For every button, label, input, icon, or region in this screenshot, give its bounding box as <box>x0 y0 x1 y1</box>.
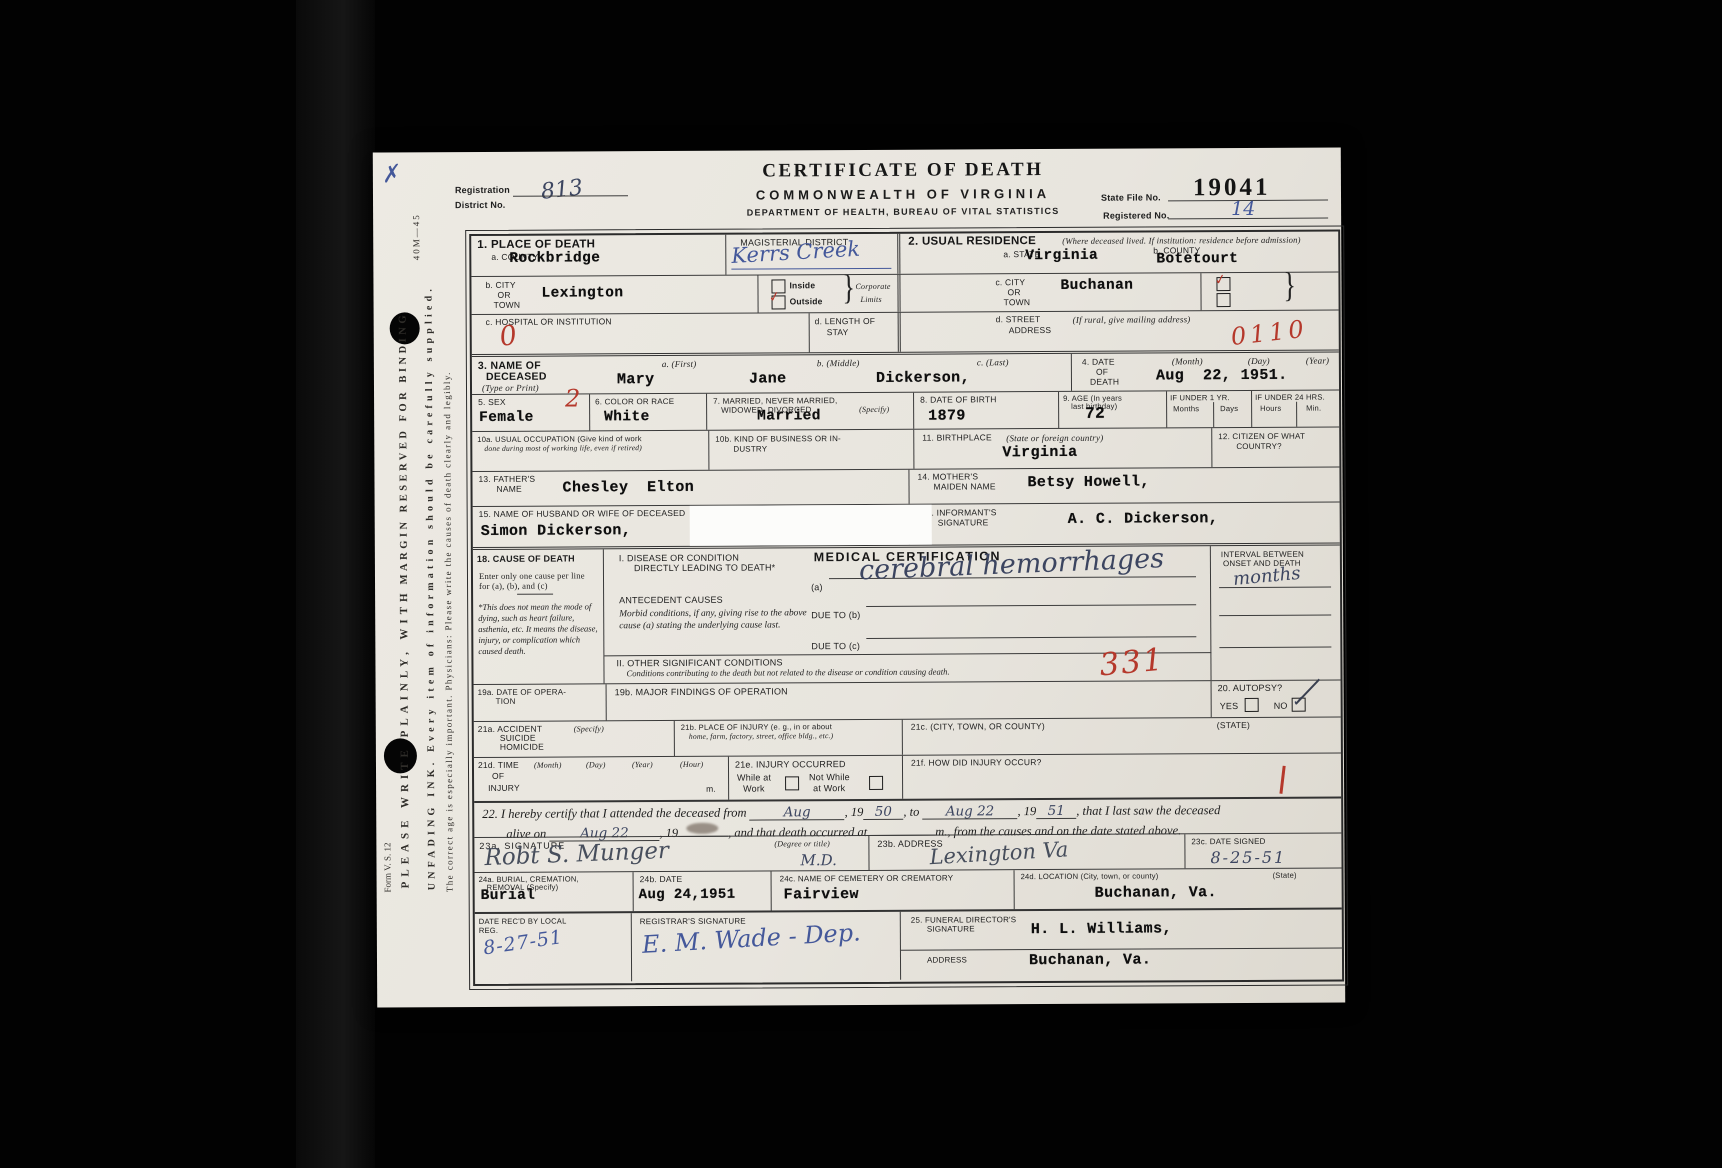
death-day-label: (Day) <box>1248 356 1270 366</box>
date-of-birth-value: 1879 <box>928 407 966 424</box>
cell-physician-address: 23b. ADDRESS Lexington Va <box>868 834 1184 870</box>
cell-under-1yr: IF UNDER 1 YR. Months Days <box>1166 391 1251 427</box>
registered-no-label: Registered No. <box>1103 210 1169 221</box>
cell-injury-city: 21c. (CITY, TOWN, OR COUNTY) (STATE) <box>902 717 1341 754</box>
outside-checkmark-death: ✓ <box>768 290 781 302</box>
funeral-director-value: H. L. Williams, <box>1031 920 1172 938</box>
last-name-value: Dickerson, <box>876 369 970 386</box>
certify-v2: 50 <box>875 804 892 820</box>
date-signed-label: 23c. DATE SIGNED <box>1191 837 1265 847</box>
birthplace-note: (State or foreign country) <box>1006 433 1103 444</box>
last-name-label: c. (Last) <box>977 357 1009 368</box>
cell-burial-date: 24b. DATE Aug 24,1951 <box>633 871 771 911</box>
due-to-b-line <box>866 604 1196 607</box>
cell-mother: 14. MOTHER'S MAIDEN NAME Betsy Howell, <box>908 467 1339 503</box>
row-time-of-injury: 21d. TIME (Month) (Day) (Year) (Hour) OF… <box>474 752 1341 801</box>
street-address-label: d. STREET <box>996 315 1041 325</box>
cell-autopsy: 20. AUTOPSY? YES NO ✓ <box>1211 680 1341 717</box>
antecedent-label: ANTECEDENT CAUSES <box>619 595 723 606</box>
injury-day-label: (Day) <box>586 760 606 769</box>
injury-occurred-label: 21e. INJURY OCCURRED <box>735 759 846 770</box>
cause-note2: *This does not mean the mode of dying, s… <box>478 601 598 657</box>
death-certificate-document: ✗ 40M—45 MARGIN RESERVED FOR BINDING PLE… <box>373 147 1345 1007</box>
middle-name-value: Jane <box>749 370 787 387</box>
place-of-death-heading: 1. PLACE OF DEATH <box>477 238 595 251</box>
due-to-c-label: DUE TO (c) <box>811 641 860 652</box>
cell-date-signed: 23c. DATE SIGNED 8-25-51 <box>1184 833 1341 868</box>
degree-value: M.D. <box>800 851 836 869</box>
disease-label2: DIRECTLY LEADING TO DEATH* <box>634 562 775 573</box>
burial-location-value: Buchanan, Va. <box>1095 884 1217 902</box>
sex-value: Female <box>479 410 534 426</box>
row-hospital-street: c. HOSPITAL OR INSTITUTION 0 d. LENGTH O… <box>472 309 1339 354</box>
degree-label: (Degree or title) <box>774 839 830 848</box>
date-of-death-label3: DEATH <box>1090 378 1119 388</box>
injury-m-label: m. <box>706 785 716 795</box>
due-to-b-label: DUE TO (b) <box>811 610 860 621</box>
city-of-death-value: Lexington <box>541 285 623 301</box>
inside-checkmark-residence: ✓ <box>1214 273 1227 285</box>
street-address-label2: ADDRESS <box>1009 326 1052 336</box>
book-spine-shadow <box>296 0 375 1168</box>
brace-residence: } <box>1283 265 1296 306</box>
outside-checkbox-residence <box>1217 293 1231 307</box>
city-residence-value: Buchanan <box>1060 278 1133 294</box>
outside-label-death: Outside <box>790 297 823 307</box>
cell-magisterial-district: MAGISTERIAL DISTRICT Kerrs Creek <box>725 234 897 275</box>
cell-citizen: 12. CITIZEN OF WHAT COUNTRY? <box>1211 427 1339 467</box>
name-heading3: (Type or Print) <box>482 383 539 394</box>
date-of-death-value: Aug 22, 1951. <box>1156 367 1288 385</box>
margin-unfading-ink: UNFADING INK. Every item of information … <box>423 204 438 890</box>
cell-date-of-death: 4. DATE OF DEATH (Month) (Day) (Year) Au… <box>1071 352 1339 390</box>
cell-place-of-death: 1. PLACE OF DEATH a. COUNTY Rockbridge <box>471 235 725 276</box>
certify-t1: 22. I hereby certify that I attended the… <box>482 806 746 821</box>
ink-smudge <box>686 823 718 834</box>
cell-age: 9. AGE (In years last birthday) 72 <box>1058 391 1166 428</box>
certify-v3: Aug 22 <box>946 803 995 819</box>
cell-marital-status: 7. MARRIED, NEVER MARRIED, WIDOWED, DIVO… <box>706 393 913 430</box>
row-certify-statement: 22. I hereby certify that I attended the… <box>474 796 1341 837</box>
usual-residence-heading: 2. USUAL RESIDENCE <box>908 235 1036 248</box>
birthplace-value: Virginia <box>1002 444 1077 461</box>
injury-hour-label: (Hour) <box>680 760 703 769</box>
operation-date-label1: 19a. DATE OF OPERA- <box>478 688 567 698</box>
first-name-value: Mary <box>617 371 655 388</box>
certify-blank6 <box>678 821 728 837</box>
brace-death: } <box>842 268 855 309</box>
cell-length-of-stay: d. LENGTH OF STAY <box>809 313 898 352</box>
certify-t2: , 19 <box>845 805 864 819</box>
age-value: 72 <box>1085 405 1105 423</box>
page-title: CERTIFICATE OF DEATH <box>703 159 1103 183</box>
operation-findings-label: 19b. MAJOR FINDINGS OF OPERATION <box>615 686 788 697</box>
burial-date-label: 24b. DATE <box>640 875 683 885</box>
row-city-town: b. CITY OR TOWN Lexington Inside ✓ Outsi… <box>471 271 1338 314</box>
under-24hrs-divider <box>1296 402 1297 427</box>
red-pen-mark <box>1279 766 1285 794</box>
color-race-label: 6. COLOR OR RACE <box>595 397 674 407</box>
state-file-label: State File No. <box>1101 192 1161 203</box>
marital-specify-label: (Specify) <box>859 405 889 414</box>
street-address-value: 0110 <box>1229 315 1309 351</box>
cause-of-death-heading: 18. CAUSE OF DEATH <box>477 553 575 564</box>
cell-father: 13. FATHER'S NAME Chesley Elton <box>472 470 908 506</box>
funeral-director-label2: SIGNATURE <box>927 924 975 933</box>
certify-blank3: Aug 22 <box>922 803 1017 819</box>
row-sex-race-age: 5. SEX Female 2 6. COLOR OR RACE White 7… <box>472 389 1339 431</box>
cell-medical-certification: MEDICAL CERTIFICATION I. DISEASE OR COND… <box>603 546 1211 683</box>
cemetery-label: 24c. NAME OF CEMETERY OR CREMATORY <box>780 874 954 884</box>
under-24hrs-label: IF UNDER 24 HRS. <box>1255 394 1325 403</box>
injury-city-label: 21c. (CITY, TOWN, OR COUNTY) <box>911 722 1045 732</box>
cell-burial-location: 24d. LOCATION (City, town, or county) (S… <box>1014 868 1342 909</box>
operation-date-label2: TION <box>496 697 516 706</box>
autopsy-no-label: NO <box>1274 701 1288 711</box>
interval-line-c <box>1219 647 1331 649</box>
business-label1: 10b. KIND OF BUSINESS OR IN- <box>715 434 841 444</box>
while-at-label2: Work <box>743 783 765 793</box>
certify-v4: 51 <box>1048 803 1065 819</box>
street-address-note: (If rural, give mailing address) <box>1073 314 1191 325</box>
injury-state-label: (STATE) <box>1217 721 1250 731</box>
corporate-label-death: Corporate <box>855 282 890 291</box>
cell-cause-notes: 18. CAUSE OF DEATH Enter only one cause … <box>473 549 604 684</box>
cell-informant: 17. INFORMANT'S SIGNATURE A. C. Dickerso… <box>909 502 1340 544</box>
row-burial: 24a. BURIAL, CREMATION, REMOVAL (Specify… <box>475 867 1342 912</box>
pen-x-mark: ✗ <box>378 161 401 189</box>
funeral-address-value: Buchanan, Va. <box>1029 951 1151 969</box>
cause-note-dash <box>517 594 553 595</box>
cell-date-of-birth: 8. DATE OF BIRTH 1879 <box>913 392 1058 429</box>
margin-reserved-for-binding: MARGIN RESERVED FOR BINDING <box>398 322 410 584</box>
cell-accident-type: 21a. ACCIDENT SUICIDE HOMICIDE (Specify) <box>474 721 674 757</box>
certify-blank1: Aug <box>750 804 845 820</box>
cell-interval: INTERVAL BETWEEN ONSET AND DEATH months <box>1210 545 1341 680</box>
cell-city-of-death: b. CITY OR TOWN Lexington <box>471 276 757 314</box>
cell-how-injury-occurred: 21f. HOW DID INJURY OCCUR? <box>902 753 1341 798</box>
autopsy-yes-checkbox <box>1245 698 1259 712</box>
residence-state-value: Virginia <box>1025 248 1098 264</box>
cell-corporate-limits-residence: ✓ } <box>1200 272 1338 310</box>
mother-value: Betsy Howell, <box>1027 473 1149 491</box>
district-no-value: 813 <box>540 175 584 204</box>
months-label: Months <box>1173 405 1199 414</box>
margin-please-write-plainly: PLEASE WRITE PLAINLY, WITH <box>398 600 412 888</box>
county-of-death-value: Rockbridge <box>509 250 600 266</box>
burial-state-label: (State) <box>1273 872 1297 881</box>
limits-label-death: Limits <box>861 295 882 304</box>
autopsy-yes-label: YES <box>1220 701 1239 711</box>
death-year-label: (Year) <box>1306 356 1329 366</box>
not-while-label1: Not While <box>809 772 850 783</box>
informant-value: A. C. Dickerson, <box>1068 510 1219 528</box>
injury-month-label: (Month) <box>534 761 562 770</box>
under-1yr-divider <box>1213 402 1214 427</box>
burial-date-value: Aug 24,1951 <box>639 887 736 904</box>
father-label2: NAME <box>497 485 522 495</box>
other-conditions-note: Conditions contributing to the death but… <box>626 666 956 679</box>
death-month-label: (Month) <box>1172 356 1203 367</box>
certify-blank2: 50 <box>863 804 903 820</box>
registration-label: Registration <box>455 185 510 196</box>
first-name-label: a. (First) <box>662 359 697 370</box>
residence-county-value: Botetourt <box>1156 251 1238 267</box>
header-title-block: CERTIFICATE OF DEATH COMMONWEALTH OF VIR… <box>703 159 1103 218</box>
color-race-value: White <box>604 409 650 425</box>
redaction-box <box>690 505 932 546</box>
cell-occupation: 10a. USUAL OCCUPATION (Give kind of work… <box>472 431 708 471</box>
marital-value: Married <box>757 408 821 424</box>
registered-no-value: 14 <box>1231 198 1255 220</box>
margin-correct-age-note: The correct age is especially important.… <box>441 240 454 892</box>
injury-time-label2: OF <box>492 772 504 782</box>
cell-burial-type: 24a. BURIAL, CREMATION, REMOVAL (Specify… <box>475 872 633 912</box>
row-physician-signature: 23a. SIGNATURE Robt S. Munger (Degree or… <box>474 832 1341 872</box>
cell-date-received: DATE REC'D BY LOCAL REG. 8-27-51 <box>475 913 631 982</box>
autopsy-label: 20. AUTOPSY? <box>1218 683 1283 694</box>
certify-t5: , that I last saw the deceased <box>1076 803 1220 818</box>
funeral-address-label: ADDRESS <box>927 955 967 964</box>
cemetery-value: Fairview <box>784 886 859 903</box>
row-occupation-birthplace: 10a. USUAL OCCUPATION (Give kind of work… <box>472 426 1339 471</box>
physician-address-value: Lexington Va <box>929 837 1069 869</box>
margin-print-code: 40M—45 <box>411 190 421 260</box>
inside-label-death: Inside <box>789 281 815 291</box>
cause-a-label: (a) <box>811 582 823 592</box>
mother-label2: MAIDEN NAME <box>934 482 996 492</box>
due-to-c-line <box>866 636 1196 639</box>
certificate-form: 1. PLACE OF DEATH a. COUNTY Rockbridge M… <box>469 229 1344 986</box>
row-parents: 13. FATHER'S NAME Chesley Elton 14. MOTH… <box>472 466 1339 506</box>
length-of-stay-label2: STAY <box>827 328 849 338</box>
row-operation-autopsy: 19a. DATE OF OPERA- TION 19b. MAJOR FIND… <box>474 679 1341 721</box>
spouse-label: 15. NAME OF HUSBAND OR WIFE OF DECEASED <box>479 509 686 520</box>
certify-t4: , 19 <box>1017 804 1036 818</box>
injury-time-label: 21d. TIME <box>478 761 519 771</box>
citizen-label2: COUNTRY? <box>1236 442 1282 451</box>
date-received-label2: REG. <box>479 927 498 936</box>
cell-injury-occurred: 21e. INJURY OCCURRED While at Work Not W… <box>728 756 902 800</box>
not-while-at-work-checkbox <box>869 776 883 790</box>
cell-funeral-director: 25. FUNERAL DIRECTOR'S SIGNATURE H. L. W… <box>900 909 1342 979</box>
accident-specify-label: (Specify) <box>574 724 604 733</box>
accident-label3: HOMICIDE <box>500 743 544 753</box>
cell-place-of-injury: 21b. PLACE OF INJURY (e. g., in or about… <box>674 720 902 756</box>
row-name-date: 3. NAME OF DECEASED (Type or Print) a. (… <box>472 349 1339 394</box>
certify-blank7 <box>867 820 935 836</box>
photo-background: ✗ 40M—45 MARGIN RESERVED FOR BINDING PLE… <box>0 0 1722 1168</box>
cell-cemetery: 24c. NAME OF CEMETERY OR CREMATORY Fairv… <box>771 870 1014 910</box>
autopsy-pen-stroke <box>1295 679 1320 705</box>
cause-code-value: 331 <box>1098 642 1166 684</box>
cell-street-address: d. STREET ADDRESS (If rural, give mailin… <box>898 310 1339 351</box>
injury-year-label: (Year) <box>632 760 653 769</box>
business-label2: DUSTRY <box>733 444 767 453</box>
cell-hospital: c. HOSPITAL OR INSTITUTION 0 <box>472 313 809 354</box>
while-at-label1: While at <box>737 772 771 783</box>
commonwealth-subtitle: COMMONWEALTH OF VIRGINIA <box>703 186 1103 203</box>
min-label: Min. <box>1306 405 1321 414</box>
cell-business: 10b. KIND OF BUSINESS OR IN- DUSTRY <box>708 430 913 470</box>
funeral-address-divider <box>901 947 1343 950</box>
row-accident: 21a. ACCIDENT SUICIDE HOMICIDE (Specify)… <box>474 716 1341 757</box>
morbid-note: Morbid conditions, if any, giving rise t… <box>619 607 809 632</box>
certify-v1: Aug <box>784 804 811 820</box>
while-at-work-checkbox <box>785 776 799 790</box>
cell-name-of-deceased: 3. NAME OF DECEASED (Type or Print) a. (… <box>472 354 1071 394</box>
informant-label2: SIGNATURE <box>938 518 989 528</box>
name-heading2: DECEASED <box>486 371 547 383</box>
cell-date-of-operation: 19a. DATE OF OPERA- TION <box>474 684 606 721</box>
city-residence-label-town: TOWN <box>1004 298 1031 308</box>
cell-operation-findings: 19b. MAJOR FINDINGS OF OPERATION <box>606 681 1211 720</box>
cell-registrar-signature: REGISTRAR'S SIGNATURE E. M. Wade - Dep. <box>631 912 900 981</box>
under-1yr-label: IF UNDER 1 YR. <box>1170 394 1230 403</box>
certify-t3: , to <box>903 805 919 819</box>
middle-name-label: b. (Middle) <box>817 358 860 369</box>
spouse-value: Simon Dickerson, <box>481 522 632 540</box>
father-value: Chesley Elton <box>562 479 694 497</box>
cell-usual-residence: 2. USUAL RESIDENCE (Where deceased lived… <box>897 231 1338 273</box>
cell-color-race: 6. COLOR OR RACE White <box>589 394 706 431</box>
cell-under-24hrs: IF UNDER 24 HRS. Hours Min. <box>1251 390 1339 426</box>
how-injury-label: 21f. HOW DID INJURY OCCUR? <box>911 758 1042 768</box>
birthplace-label: 11. BIRTHPLACE <box>922 433 992 443</box>
cell-birthplace: 11. BIRTHPLACE (State or foreign country… <box>913 428 1211 469</box>
date-signed-value: 8-25-51 <box>1210 848 1286 867</box>
cell-physician-signature: 23a. SIGNATURE Robt S. Munger (Degree or… <box>474 836 868 872</box>
occupation-label2: done during most of working life, even i… <box>484 444 642 454</box>
injury-time-label3: INJURY <box>488 784 520 794</box>
magisterial-district-line <box>731 268 891 270</box>
injury-place-label2: home, farm, factory, street, office bldg… <box>689 732 834 741</box>
cell-sex: 5. SEX Female 2 <box>472 394 589 431</box>
length-of-stay-label: d. LENGTH OF <box>815 317 876 327</box>
department-subtitle: DEPARTMENT OF HEALTH, BUREAU OF VITAL ST… <box>703 206 1103 218</box>
row-cause-of-death: 18. CAUSE OF DEATH Enter only one cause … <box>473 542 1341 684</box>
hours-label: Hours <box>1260 405 1281 414</box>
date-of-birth-label: 8. DATE OF BIRTH <box>920 395 997 405</box>
sex-red-annotation: 2 <box>565 384 580 412</box>
district-no-label: District No. <box>455 200 505 211</box>
cell-injury-time: 21d. TIME (Month) (Day) (Year) (Hour) OF… <box>474 757 728 801</box>
burial-value: Burial <box>481 888 536 904</box>
not-while-label2: at Work <box>813 783 845 794</box>
certify-blank4: 51 <box>1036 803 1076 819</box>
days-label: Days <box>1220 405 1238 414</box>
city-of-death-label-town: TOWN <box>494 301 521 311</box>
citizen-label1: 12. CITIZEN OF WHAT <box>1218 432 1305 442</box>
sex-label: 5. SEX <box>478 398 506 408</box>
row-spouse-informant: 15. NAME OF HUSBAND OR WIFE OF DECEASED … <box>473 501 1340 547</box>
interval-line-b <box>1219 615 1331 617</box>
cell-corporate-limits-death: Inside ✓ Outside } Corporate Limits <box>757 275 897 313</box>
cause-note1b: for (a), (b), and (c) <box>479 581 548 592</box>
row-registrar: DATE REC'D BY LOCAL REG. 8-27-51 REGISTR… <box>475 907 1342 982</box>
cell-city-of-residence: c. CITY OR TOWN Buchanan <box>897 273 1200 312</box>
interval-line-a <box>1219 587 1331 589</box>
row-place-residence-top: 1. PLACE OF DEATH a. COUNTY Rockbridge M… <box>471 231 1338 276</box>
margin-form-number: Form V. S. 12 <box>382 824 392 892</box>
burial-location-label: 24d. LOCATION (City, town, or county) <box>1021 872 1159 881</box>
